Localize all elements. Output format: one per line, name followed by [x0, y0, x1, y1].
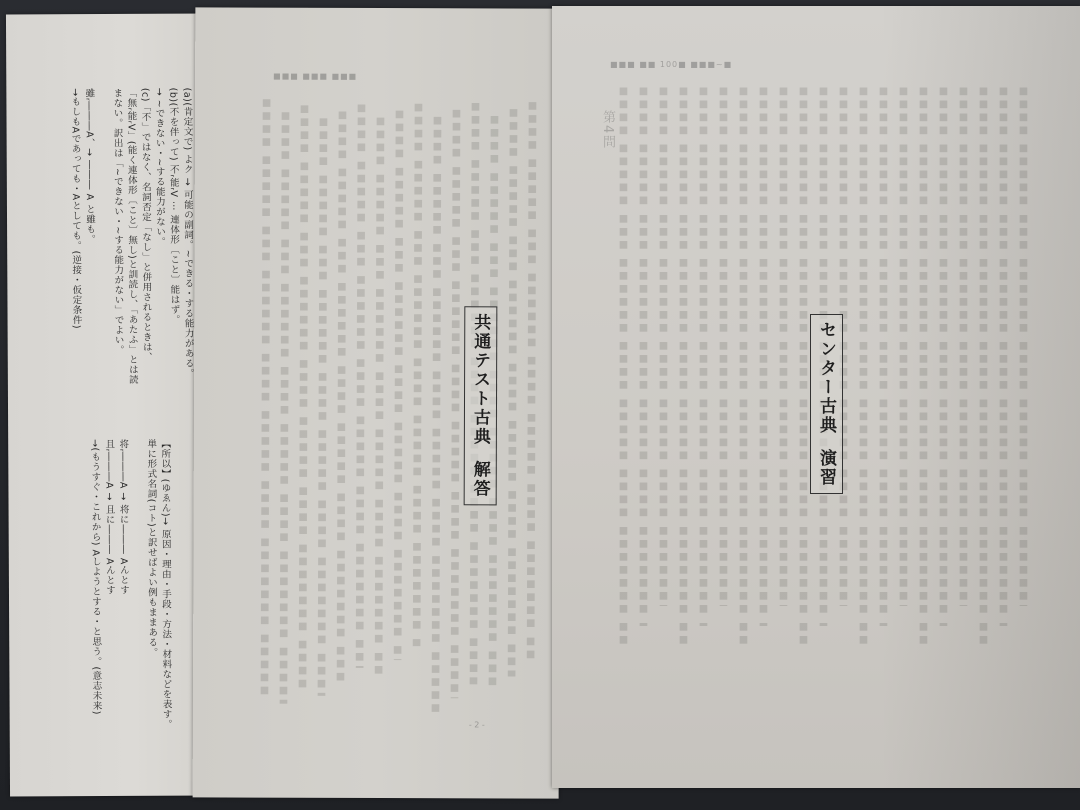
- note-column: 雖ᵣ―――A、→ ――― A と雖も。: [82, 88, 96, 244]
- middle-faded-body-text: ■■■■ ■■■■■ ■■■ ■■■■■■ ■■■■ ■■■■■ ■■■■ ■■…: [195, 7, 561, 8]
- faded-text-column: ■■■■ ■■■■■ ■■■ ■■■■■■ ■■■■ ■■■■■ ■■■■ ■■…: [872, 86, 894, 626]
- note-column: (a)(肯定文で) よク → 可能の副詞。~できる・する能力がある。: [180, 88, 195, 379]
- faded-text-column: ■■■■ ■■■■■ ■■■ ■■■■■■ ■■■■ ■■■■■ ■■■■ ■■…: [952, 86, 974, 606]
- note-column: →もしもAであっても・Aとしても。(逆接・仮定条件): [68, 88, 82, 329]
- faded-text-column: ■■■■ ■■■■■ ■■■ ■■■■■■ ■■■■ ■■■■■ ■■■■ ■■…: [692, 86, 714, 626]
- note-column: 単に形式名詞(コト)と訳せばよい例もままある。: [144, 439, 158, 657]
- note-column: 【所以】(ゆゑん)→ 原因・理由・手段・方法・材料などを表す。: [158, 439, 173, 729]
- right-title-box: センター古典演習: [810, 314, 843, 494]
- middle-title-main: 共通テスト古典: [470, 313, 490, 446]
- faded-text-column: ■■■■ ■■■■■ ■■■ ■■■■■■ ■■■■ ■■■■■ ■■■■ ■■…: [712, 86, 734, 606]
- right-section-label: 第4問: [596, 110, 618, 150]
- faded-text-column: ■■■■ ■■■■■ ■■■ ■■■■■■ ■■■■ ■■■■■ ■■■■ ■■…: [632, 86, 654, 626]
- right-sheet: ■■■ ■■ 100■ ■■■~■ ■■■■ ■■■■■ ■■■ ■■■■■■ …: [552, 6, 1080, 788]
- note-column: 将ᵣ―――A → 将に――― Aんとす: [116, 439, 130, 595]
- faded-text-column: ■■■■ ■■■■■ ■■■ ■■■■■■ ■■■■ ■■■■■ ■■■■ ■■…: [672, 86, 694, 646]
- left-sheet: 【能】(a)(肯定文で) よク → 可能の副詞。~できる・する能力がある。(b)…: [6, 13, 215, 796]
- faded-text-column: ■■■■ ■■■■■ ■■■ ■■■■■■ ■■■■ ■■■■■ ■■■■ ■■…: [752, 86, 774, 626]
- note-column: まない。訳出は「~できない・~する能力がない」でよい。: [110, 88, 124, 355]
- note-column: →(もうすぐ・これから) Aしようとする・と思う。(意志未来): [88, 439, 102, 715]
- grammar-notes-lower: 【所以】(ゆゑん)→ 原因・理由・手段・方法・材料などを表す。単に形式名詞(コト…: [6, 13, 211, 14]
- note-column: 且ᵣ―――A → 且に――― Aんとす: [102, 439, 116, 595]
- note-column: → ~できない・~する能力がない。: [152, 88, 166, 247]
- faded-text-column: ■■■■ ■■■■■ ■■■ ■■■■■■ ■■■■ ■■■■■ ■■■■ ■■…: [932, 86, 954, 626]
- note-column: (c)「不」ではなく、名詞否定「なし」と併用されるときは、: [138, 88, 152, 362]
- faded-text-column: ■■■■ ■■■■■ ■■■ ■■■■■■ ■■■■ ■■■■■ ■■■■ ■■…: [652, 86, 674, 606]
- faded-text-column: ■■■■ ■■■■■ ■■■ ■■■■■■ ■■■■ ■■■■■ ■■■■ ■■…: [912, 86, 934, 646]
- faded-text-column: ■■■■ ■■■■■ ■■■ ■■■■■■ ■■■■ ■■■■■ ■■■■ ■■…: [972, 86, 994, 646]
- note-column: 「無ᵣ能ᵣV」(能く連体形〔こと〕無し)と訓読し、「あたふ」とは読: [124, 88, 139, 385]
- grammar-notes-upper: 【能】(a)(肯定文で) よク → 可能の副詞。~できる・する能力がある。(b)…: [6, 13, 211, 14]
- faded-text-column: ■■■■ ■■■■■ ■■■ ■■■■■■ ■■■■ ■■■■■ ■■■■ ■■…: [612, 86, 634, 646]
- faded-text-column: ■■■■ ■■■■■ ■■■ ■■■■■■ ■■■■ ■■■■■ ■■■■ ■■…: [772, 86, 794, 606]
- right-title-sub: 演習: [816, 449, 836, 487]
- right-header: ■■■ ■■ 100■ ■■■~■: [610, 60, 732, 69]
- faded-text-column: ■■■■ ■■■■■ ■■■ ■■■■■■ ■■■■ ■■■■■ ■■■■ ■■…: [732, 86, 754, 646]
- middle-sheet: ■■■ ■■■ ■■■ ■■■■ ■■■■■ ■■■ ■■■■■■ ■■■■ ■…: [193, 7, 562, 798]
- faded-text-column: ■■■■ ■■■■■ ■■■ ■■■■■■ ■■■■ ■■■■■ ■■■■ ■■…: [1012, 86, 1034, 606]
- note-column: (b)(不を伴って) 不ᵣ能ᵣV ⋯ 連体形〔こと〕能はず。: [166, 88, 180, 325]
- faded-text-column: ■■■■ ■■■■■ ■■■ ■■■■■■ ■■■■ ■■■■■ ■■■■ ■■…: [852, 86, 874, 646]
- middle-header: ■■■ ■■■ ■■■: [273, 72, 357, 81]
- faded-text-column: ■■■■ ■■■■■ ■■■ ■■■■■■ ■■■■ ■■■■■ ■■■■ ■■…: [519, 101, 543, 663]
- faded-text-column: ■■■■ ■■■■■ ■■■ ■■■■■■ ■■■■ ■■■■■ ■■■■ ■■…: [892, 86, 914, 606]
- right-title-main: センター古典: [816, 321, 836, 435]
- faded-text-column: ■■■■ ■■■■■ ■■■ ■■■■■■ ■■■■ ■■■■■ ■■■■ ■■…: [992, 86, 1014, 626]
- middle-title-sub: 解答: [470, 460, 490, 498]
- middle-page-number: - 2 -: [469, 720, 485, 729]
- middle-title-box: 共通テスト古典解答: [464, 306, 498, 505]
